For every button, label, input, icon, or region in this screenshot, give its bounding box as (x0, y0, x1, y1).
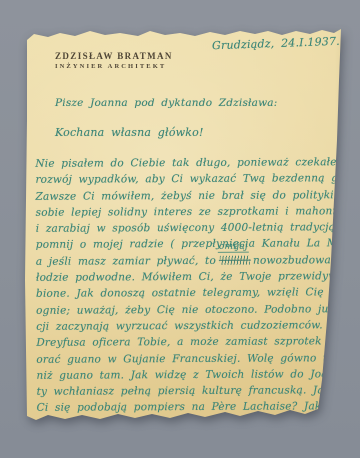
letter-line: i zarabiaj w sposób uświęcony 4000-letni… (36, 219, 340, 237)
letter-paper: ZDZISŁAW BRATMAN INŻYNIER ARCHITEKT Grud… (0, 0, 360, 458)
inserted-word: omijaj (218, 242, 249, 252)
correction: omijaj (216, 252, 253, 268)
letter-body: Nie pisałem do Ciebie tak długo, poniewa… (35, 154, 340, 416)
letter-line: ognie; uważaj, żeby Cię nie otoczono. Po… (36, 301, 340, 319)
sender-name: ZDZISŁAW BRATMAN (55, 51, 173, 61)
letter-line: Ci się podobają pompiers na Père Lachais… (37, 399, 341, 417)
letter-line: pomnij o mojej radzie ( przepłynięcia Ka… (36, 236, 340, 254)
letter-salutation: Pisze Joanna pod dyktando Zdzisława: (55, 97, 278, 109)
letter-line: Zawsze Ci mówiłem, żebyś nie brał się do… (35, 187, 339, 205)
letter-date: Grudziądz, 24.I.1937. (212, 35, 340, 52)
letter-line: niż guano tam. Jak widzę z Twoich listów… (36, 366, 340, 384)
letter-line: bione. Jak donoszą ostatnie telegramy, w… (36, 285, 340, 303)
sender-stamp: ZDZISŁAW BRATMAN INŻYNIER ARCHITEKT (55, 51, 173, 72)
letter-line-text: a jeśli masz zamiar pływać, to (36, 255, 216, 268)
letter-line: cji zaczynają wyrzucać wszystkich cudzoz… (36, 317, 340, 335)
letter-photo: ZDZISŁAW BRATMAN INŻYNIER ARCHITEKT Grud… (0, 0, 360, 458)
letter-greeting: Kochana własna główko! (55, 126, 204, 139)
letter-line: Dreyfusa oficera Tobie, a może zamiast s… (36, 333, 340, 351)
letter-line: łodzie podwodne. Mówiłem Ci, że Twoje pr… (36, 268, 340, 286)
letter-line: Nie pisałem do Ciebie tak długo, poniewa… (35, 154, 339, 172)
letter-line: sobie lepiej solidny interes ze szprotka… (36, 203, 340, 221)
letter-line-with-correction: a jeśli masz zamiar pływać, toomijajnowo… (36, 252, 340, 270)
paper-shadow: ZDZISŁAW BRATMAN INŻYNIER ARCHITEKT Grud… (0, 0, 360, 458)
scribbled-out-word (220, 255, 250, 264)
letter-line: ty wchłaniasz pełną piersią kulturę fran… (37, 382, 341, 400)
sender-title: INŻYNIER ARCHITEKT (55, 62, 173, 72)
letter-line: orać guano w Gujanie Francuskiej. Wolę g… (36, 350, 340, 368)
letter-line-text: nowozbudowane (253, 254, 344, 266)
letter-line: rozwój wypadków, aby Ci wykazać Twą bezd… (35, 171, 339, 189)
